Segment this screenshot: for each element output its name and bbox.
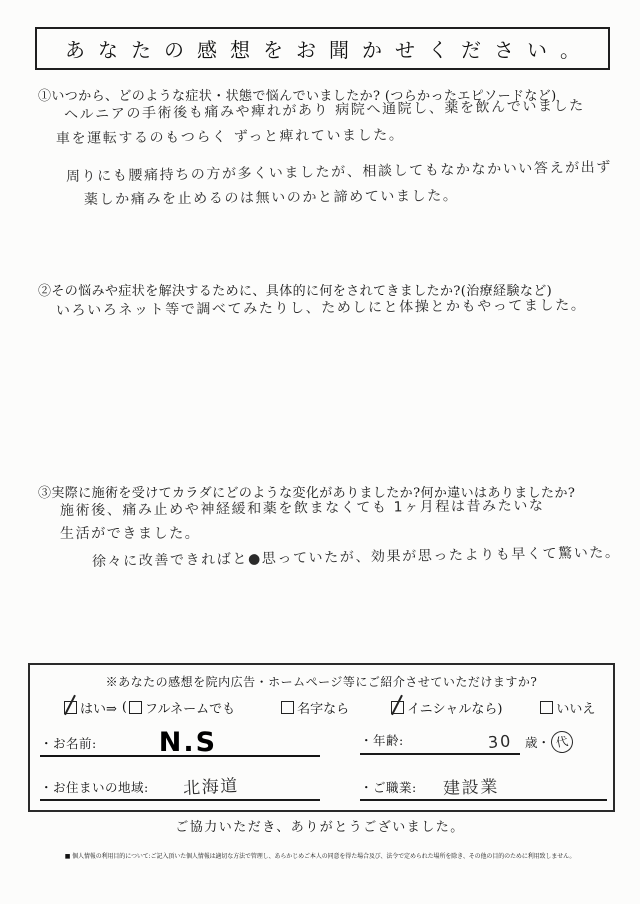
consent-header: ※あなたの感想を院内広告・ホームページ等にご紹介させていただけますか?: [30, 673, 613, 690]
question-1-answer-line-4: 薬しか痛みを止めるのは無いのかと諦めていました。: [84, 185, 459, 209]
region-value: 北海道: [182, 771, 239, 799]
consent-option-yes: はい⇒: [64, 698, 117, 717]
consent-option-yes-label: はい⇒: [80, 698, 117, 717]
question-3-answer-line-3: 徐々に改善できればと●思っていたが、効果が思ったよりも早くて驚いた。: [92, 542, 621, 571]
consent-option-initial-label: イニシャルなら): [407, 698, 502, 717]
age-circled-dai: 代: [549, 729, 575, 754]
consent-box: ※あなたの感想を院内広告・ホームページ等にご紹介させていただけますか? はい⇒ …: [28, 663, 615, 812]
age-value: 30: [487, 731, 513, 752]
consent-option-fullname: ( フルネームでも: [122, 698, 235, 717]
question-3-answer-line-1: 施術後、痛み止めや神経緩和薬を飲まなくても 1ヶ月程は昔みたいな: [60, 495, 545, 520]
consent-option-lastname-label: 名字なら: [297, 698, 349, 717]
question-2-answer-line-1: いろいろネット等で調べてみたりし、ためしにと体操とかもやってました。: [56, 294, 587, 320]
job-value: 建設業: [442, 772, 499, 799]
open-paren: (: [122, 700, 127, 715]
thanks-message: ご協力いただき、ありがとうございました。: [0, 816, 640, 835]
checkbox-yes-icon: [64, 701, 77, 714]
age-field-row: ・年齢: 30 歳・ 代: [360, 723, 610, 755]
region-label: ・お住まいの地域:: [40, 778, 149, 799]
consent-options-row: はい⇒ ( フルネームでも 名字なら イニシャルなら) いいえ: [64, 698, 607, 717]
checkbox-lastname-icon: [281, 701, 294, 714]
consent-option-lastname: 名字なら: [281, 698, 349, 717]
question-1-answer-line-2: 車を運転するのもつらく ずっと痺れていました。: [56, 124, 405, 148]
feedback-form-page: あなたの感想をお聞かせください。 ①いつから、どのような症状・状態で悩んでいまし…: [0, 0, 640, 904]
question-3-answer-line-2: 生活ができました。: [60, 523, 200, 543]
consent-option-fullname-label: フルネームでも: [145, 698, 235, 717]
job-label: ・ご職業:: [360, 778, 417, 799]
checkbox-initial-icon: [391, 701, 404, 714]
checkbox-no-icon: [540, 701, 553, 714]
checkbox-fullname-icon: [129, 701, 142, 714]
region-field-row: ・お住まいの地域: 北海道: [40, 769, 320, 801]
job-field-row: ・ご職業: 建設業: [360, 769, 607, 801]
privacy-note: ■ 個人情報の利用目的について:ご記入頂いた個人情報は適切な方法で管理し、あらか…: [65, 851, 576, 860]
name-field-row: ・お名前: N.S: [40, 723, 320, 757]
question-1-answer-line-3: 周りにも腰痛持ちの方が多くいましたが、相談してもなかなかいい答えが出ず: [66, 156, 612, 186]
consent-option-no: いいえ: [540, 698, 595, 717]
title-box: あなたの感想をお聞かせください。: [35, 27, 610, 70]
consent-option-no-label: いいえ: [556, 698, 595, 717]
age-underline: ・年齢: 30: [360, 720, 520, 755]
consent-option-initial: イニシャルなら): [391, 698, 502, 717]
name-label: ・お名前:: [40, 734, 97, 755]
age-label: ・年齢:: [360, 731, 404, 752]
age-suffix: 歳・ 代: [525, 731, 573, 755]
age-unit-label: 歳・: [525, 733, 550, 751]
page-title: あなたの感想をお聞かせください。: [52, 34, 593, 63]
name-value: N.S: [159, 731, 217, 755]
